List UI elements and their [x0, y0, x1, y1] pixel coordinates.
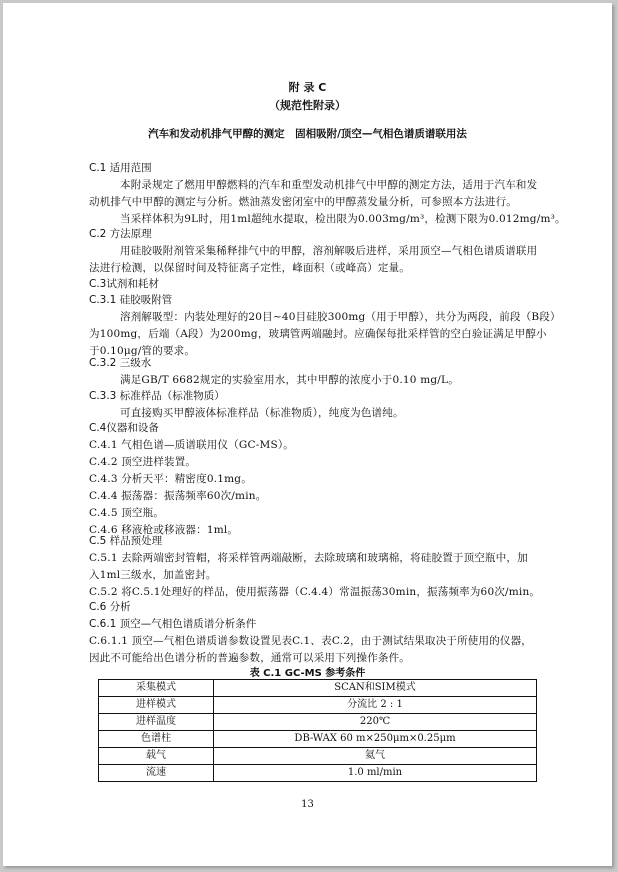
paragraph-line: 可直接购买甲醇液体标准样品（标准物质），纯度为色谱纯。	[120, 405, 404, 420]
paragraph-line: 本附录规定了燃用甲醇燃料的汽车和重型发动机排气中甲醇的测定方法，适用于汽车和发	[120, 177, 537, 192]
gcms-conditions-table: 采集模式 SCAN和SIM模式 进样模式 分流比 2 : 1 进样温度 220℃…	[98, 679, 537, 782]
table-row: 进样温度 220℃	[99, 714, 537, 731]
section-heading-c3-1: C.3.1 硅胶吸附管	[89, 292, 172, 307]
annex-title: 附 录 C	[3, 79, 612, 95]
table-cell-param: 载气	[99, 748, 214, 765]
paragraph-line: 溶剂解吸型：内装处理好的20目~40目硅胶300mg（用于甲醇），共分为两段，前…	[120, 309, 561, 324]
list-item: C.4.4 振荡器：振荡频率60次/min。	[89, 488, 266, 503]
paragraph-line: C.5.2 将C.5.1处理好的样品，使用振荡器（C.4.4）常温振荡30min…	[89, 584, 540, 599]
section-heading-c6: C.6 分析	[89, 599, 131, 614]
page-number: 13	[3, 799, 612, 810]
paragraph-line: 满足GB/T 6682规定的实验室用水，其中甲醇的浓度小于0.10 mg/L。	[120, 372, 459, 387]
paragraph-line: 入1ml三级水，加盖密封。	[89, 567, 217, 582]
section-heading-c1: C.1 适用范围	[89, 160, 152, 175]
table-cell-value: DB-WAX 60 m×250μm×0.25μm	[214, 731, 537, 748]
list-item: C.4.2 顶空进样装置。	[89, 454, 196, 469]
table-row: 色谱柱 DB-WAX 60 m×250μm×0.25μm	[99, 731, 537, 748]
table-cell-value: 1.0 ml/min	[214, 765, 537, 782]
table-cell-param: 采集模式	[99, 680, 214, 697]
section-heading-c5: C.5 样品预处理	[89, 533, 162, 548]
section-heading-c3: C.3试剂和耗材	[89, 276, 159, 291]
table-row: 载气 氦气	[99, 748, 537, 765]
section-heading-c3-3: C.3.3 标准样品（标准物质）	[89, 388, 225, 403]
section-heading-c3-2: C.3.2 三级水	[89, 355, 151, 370]
paragraph-line: 法进行检测，以保留时间及特征离子定性，峰面积（或峰高）定量。	[89, 260, 410, 275]
paragraph-line: C.6.1.1 顶空—气相色谱质谱参数设置见表C.1、表C.2，由于测试结果取决…	[89, 633, 532, 648]
paragraph-line: 为100mg，后端（A段）为200mg，玻璃管两端融封。应确保每批采样管的空白验…	[89, 326, 547, 341]
table-cell-value: 氦气	[214, 748, 537, 765]
paragraph-line: 动机排气中甲醇的测定与分析。燃油蒸发密闭室中的甲醇蒸发量分析，可参照本方法进行。	[89, 194, 517, 209]
table-row: 流速 1.0 ml/min	[99, 765, 537, 782]
table-cell-param: 进样模式	[99, 697, 214, 714]
table-row: 采集模式 SCAN和SIM模式	[99, 680, 537, 697]
list-item: C.4.1 气相色谱—质谱联用仪（GC-MS）。	[89, 437, 294, 452]
table-cell-value: 分流比 2 : 1	[214, 697, 537, 714]
list-item: C.4.5 顶空瓶。	[89, 505, 164, 520]
table-cell-param: 进样温度	[99, 714, 214, 731]
section-heading-c4: C.4仪器和设备	[89, 420, 159, 435]
annex-type: （规范性附录）	[3, 97, 612, 113]
section-heading-c6-1: C.6.1 顶空—气相色谱质谱分析条件	[89, 616, 256, 631]
table-cell-param: 流速	[99, 765, 214, 782]
table-row: 进样模式 分流比 2 : 1	[99, 697, 537, 714]
paragraph-line: 当采样体积为9L时，用1ml超纯水提取，检出限为0.003mg/m³，检测下限为…	[120, 211, 566, 226]
list-item: C.4.3 分析天平：精密度0.1mg。	[89, 471, 252, 486]
paragraph-line: 用硅胶吸附剂管采集稀释排气中的甲醇，溶剂解吸后进样，采用顶空—气相色谱质谱联用	[120, 243, 537, 258]
table-cell-value: SCAN和SIM模式	[214, 680, 537, 697]
section-heading-c2: C.2 方法原理	[89, 226, 152, 241]
paragraph-line: 因此不可能给出色谱分析的普遍参数，通常可以采用下列操作条件。	[89, 650, 410, 665]
document-page: 附 录 C （规范性附录） 汽车和发动机排气甲醇的测定 固相吸附/顶空—气相色谱…	[3, 3, 612, 866]
document-title: 汽车和发动机排气甲醇的测定 固相吸附/顶空—气相色谱质谱联用法	[3, 126, 612, 141]
paragraph-line: C.5.1 去除两端密封管帽，将采样管两端敲断，去除玻璃和玻璃棉，将硅胶置于顶空…	[89, 550, 528, 565]
table-cell-value: 220℃	[214, 714, 537, 731]
table-cell-param: 色谱柱	[99, 731, 214, 748]
table-caption: 表 C.1 GC-MS 参考条件	[3, 664, 612, 679]
